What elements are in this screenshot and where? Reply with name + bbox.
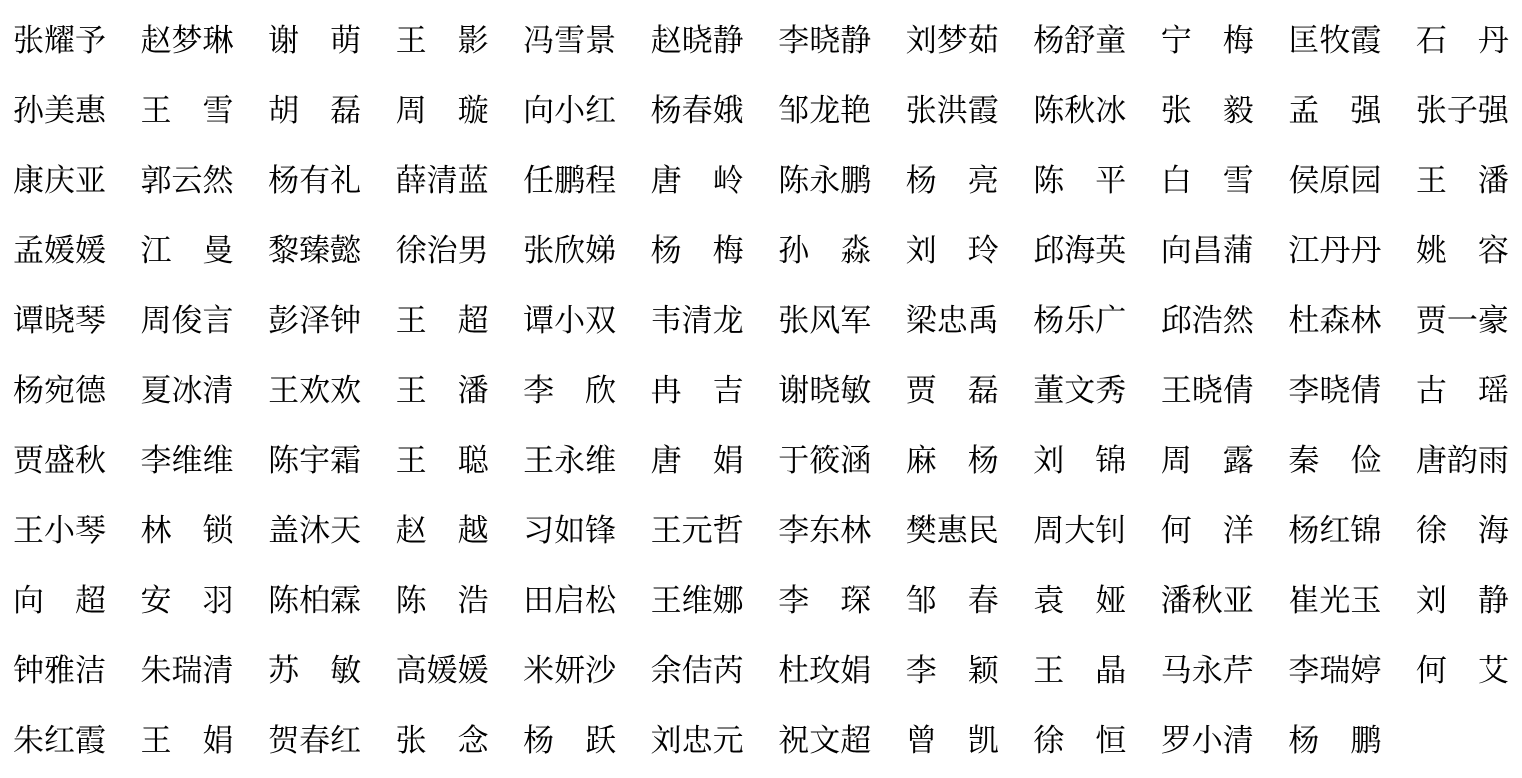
name-character: 浩 [458,575,489,620]
name-cell: 陈永鹏 [778,155,871,200]
name-character: 森 [1319,295,1350,340]
name-character: 田 [523,575,554,620]
name-character: 潘 [1478,155,1509,200]
name-character: 张 [778,295,809,340]
name-character: 泽 [299,295,330,340]
name-character: 杨 [1033,295,1064,340]
name-cell: 唐韵雨 [1416,435,1509,480]
name-character: 洋 [1223,505,1254,550]
name-character: 邱 [1033,225,1064,270]
name-character: 李 [1288,645,1319,690]
name-character: 毅 [1223,85,1254,130]
name-character: 杜 [1288,295,1319,340]
name-cell: 米妍沙 [523,645,616,690]
name-cell: 孟强 [1288,85,1381,130]
name-row: 朱红霞王娟贺春红张念杨跃刘忠元祝文超曾凯徐恒罗小清杨鹏 [0,702,1522,772]
name-character: 欢 [299,365,330,410]
name-character: 琴 [75,295,106,340]
name-character: 周 [1161,435,1192,480]
name-character: 孟 [13,225,44,270]
name-character: 李 [906,645,937,690]
name-character: 薛 [396,155,427,200]
name-cell: 张念 [396,715,489,760]
name-character: 梦 [172,15,203,60]
name-cell: 杨宛德 [13,365,106,410]
name-character: 晓 [682,15,713,60]
name-character: 秋 [75,435,106,480]
name-cell: 罗小清 [1161,715,1254,760]
name-character: 芮 [713,645,744,690]
name-character: 米 [523,645,554,690]
name-character: 崔 [1288,575,1319,620]
name-cell: 田启松 [523,575,616,620]
name-row: 杨宛德夏冰清王欢欢王潘李欣冉吉谢晓敏贾磊董文秀王晓倩李晓倩古瑶 [0,352,1522,422]
name-cell: 朱瑞清 [141,645,234,690]
name-character: 风 [809,295,840,340]
name-cell: 陈平 [1033,155,1126,200]
name-character: 锋 [585,505,616,550]
name-character: 柏 [299,575,330,620]
name-character: 淼 [840,225,871,270]
name-character: 郭 [141,155,172,200]
name-character: 杨 [651,85,682,130]
name-character: 春 [968,575,999,620]
name-cell: 任鹏程 [523,155,616,200]
name-character: 娅 [1095,575,1126,620]
name-character: 聪 [458,435,489,480]
name-character: 袁 [1033,575,1064,620]
name-character: 庆 [44,155,75,200]
name-cell: 张风军 [778,295,871,340]
name-cell: 谢晓敏 [778,365,871,410]
name-character: 军 [840,295,871,340]
name-character: 匡 [1288,15,1319,60]
name-character: 永 [1192,645,1223,690]
name-character: 鹏 [1350,715,1381,760]
name-character: 王 [141,715,172,760]
name-character: 然 [1223,295,1254,340]
name-character: 蒲 [1223,225,1254,270]
name-character: 雪 [554,15,585,60]
name-character: 娣 [585,225,616,270]
name-character: 张 [523,225,554,270]
name-cell: 王娟 [141,715,234,760]
name-cell: 曾凯 [906,715,999,760]
name-cell: 王聪 [396,435,489,480]
name-character: 梦 [937,15,968,60]
name-cell: 梁忠禹 [906,295,999,340]
name-character: 黎 [268,225,299,270]
name-character: 有 [299,155,330,200]
name-character: 超 [840,715,871,760]
name-character: 龙 [713,295,744,340]
name-character: 彭 [268,295,299,340]
name-character: 苏 [268,645,299,690]
name-cell: 杨梅 [651,225,744,270]
name-character: 牧 [1319,15,1350,60]
name-character: 杨 [523,715,554,760]
name-character: 龙 [809,85,840,130]
name-character: 治 [427,225,458,270]
name-cell: 夏冰清 [141,365,234,410]
name-cell: 陈秋冰 [1033,85,1126,130]
name-character: 冰 [172,365,203,410]
name-cell: 陈柏霖 [268,575,361,620]
name-cell: 李琛 [778,575,871,620]
name-row: 王小琴林锁盖沐天赵越习如锋王元哲李东林樊惠民周大钊何洋杨红锦徐海 [0,492,1522,562]
name-character: 樊 [906,505,937,550]
name-character: 冉 [651,365,682,410]
name-cell: 杨有礼 [268,155,361,200]
name-character: 曼 [203,225,234,270]
name-row: 向超安羽陈柏霖陈浩田启松王维娜李琛邹春袁娅潘秋亚崔光玉刘静 [0,562,1522,632]
name-row: 孟媛媛江曼黎臻懿徐治男张欣娣杨梅孙淼刘玲邱海英向昌蒲江丹丹姚容 [0,212,1522,282]
name-character: 盖 [268,505,299,550]
name-character: 娟 [840,645,871,690]
name-cell: 刘锦 [1033,435,1126,480]
name-grid: 张耀予赵梦琳谢萌王影冯雪景赵晓静李晓静刘梦茹杨舒童宁梅匡牧霞石丹孙美惠王雪胡磊周… [0,2,1522,772]
name-character: 磊 [330,85,361,130]
name-cell: 匡牧霞 [1288,15,1381,60]
name-cell: 谢萌 [268,15,361,60]
name-character: 英 [1095,225,1126,270]
name-character: 文 [809,715,840,760]
name-cell: 谭小双 [523,295,616,340]
name-character: 琴 [75,505,106,550]
name-character: 秦 [1288,435,1319,480]
name-character: 习 [523,505,554,550]
name-character: 王 [396,295,427,340]
name-character: 玲 [968,225,999,270]
name-character: 璇 [458,85,489,130]
name-character: 东 [809,505,840,550]
name-character: 羽 [203,575,234,620]
name-cell: 杨舒童 [1033,15,1126,60]
name-character: 礼 [330,155,361,200]
name-character: 杨 [968,435,999,480]
name-cell: 向昌蒲 [1161,225,1254,270]
name-character: 陈 [778,155,809,200]
name-character: 媛 [458,645,489,690]
name-character: 倩 [1350,365,1381,410]
name-character: 霞 [75,715,106,760]
name-character: 宁 [1161,15,1192,60]
name-cell: 王潘 [1416,155,1509,200]
name-character: 洁 [75,645,106,690]
name-character: 乐 [1064,295,1095,340]
name-character: 王 [396,365,427,410]
name-character: 清 [1223,715,1254,760]
name-character: 杨 [906,155,937,200]
name-character: 舒 [1064,15,1095,60]
name-character: 王 [13,505,44,550]
name-character: 强 [1350,85,1381,130]
name-character: 俊 [172,295,203,340]
name-character: 林 [1350,295,1381,340]
name-character: 刘 [906,15,937,60]
name-character: 广 [1095,295,1126,340]
name-cell: 李晓倩 [1288,365,1381,410]
name-character: 秋 [1064,85,1095,130]
name-character: 杨 [268,155,299,200]
name-character: 徐 [1416,505,1447,550]
name-character: 景 [585,15,616,60]
name-cell: 石丹 [1416,15,1509,60]
name-character: 马 [1161,645,1192,690]
name-character: 雪 [203,85,234,130]
name-cell: 潘秋亚 [1161,575,1254,620]
name-character: 鹏 [554,155,585,200]
name-character: 超 [458,295,489,340]
name-character: 唐 [1416,435,1447,480]
name-cell: 胡磊 [268,85,361,130]
name-cell: 苏敏 [268,645,361,690]
name-character: 王 [523,435,554,480]
name-character: 春 [299,715,330,760]
name-character: 哲 [713,505,744,550]
name-character: 高 [396,645,427,690]
name-character: 瑞 [172,645,203,690]
name-character: 余 [651,645,682,690]
name-character: 徐 [1033,715,1064,760]
name-character: 杨 [651,225,682,270]
name-character: 邹 [906,575,937,620]
name-character: 贾 [906,365,937,410]
name-cell: 杨乐广 [1033,295,1126,340]
name-character: 王 [1033,645,1064,690]
name-cell: 江曼 [141,225,234,270]
name-cell: 王晶 [1033,645,1126,690]
name-character: 娥 [713,85,744,130]
name-character: 红 [330,715,361,760]
name-character: 海 [1478,505,1509,550]
name-character: 媛 [44,225,75,270]
name-cell: 张耀予 [13,15,106,60]
name-cell: 孙淼 [778,225,871,270]
name-character: 孟 [1288,85,1319,130]
name-character: 张 [906,85,937,130]
name-cell: 郭云然 [141,155,234,200]
name-character: 忠 [937,295,968,340]
name-character: 静 [840,15,871,60]
name-character: 亚 [75,155,106,200]
name-character: 容 [1478,225,1509,270]
name-character: 霖 [330,575,361,620]
name-character: 杨 [1288,505,1319,550]
name-cell: 刘玲 [906,225,999,270]
name-character: 文 [1064,365,1095,410]
name-cell: 周大钊 [1033,505,1126,550]
name-character: 侯 [1288,155,1319,200]
name-character: 王 [141,85,172,130]
name-cell: 林锁 [141,505,234,550]
name-character: 杜 [778,645,809,690]
name-character: 雨 [1478,435,1509,480]
name-character: 杨 [1033,15,1064,60]
name-cell: 杨亮 [906,155,999,200]
name-cell: 王永维 [523,435,616,480]
name-character: 贾 [13,435,44,480]
name-character: 程 [585,155,616,200]
name-character: 霜 [330,435,361,480]
name-character: 晓 [1319,365,1350,410]
name-cell: 祝文超 [778,715,871,760]
name-character: 贾 [1416,295,1447,340]
name-character: 越 [458,505,489,550]
name-cell: 安羽 [141,575,234,620]
name-character: 宇 [299,435,330,480]
name-cell: 杜玫娟 [778,645,871,690]
name-cell: 王晓倩 [1161,365,1254,410]
name-character: 刘 [1416,575,1447,620]
name-cell: 盖沐天 [268,505,361,550]
name-character: 言 [203,295,234,340]
name-cell: 赵越 [396,505,489,550]
name-character: 丹 [1350,225,1381,270]
name-character: 陈 [1033,85,1064,130]
name-character: 梅 [713,225,744,270]
name-cell: 白雪 [1161,155,1254,200]
name-cell: 王雪 [141,85,234,130]
name-character: 向 [13,575,44,620]
name-character: 艳 [840,85,871,130]
name-character: 晶 [1095,645,1126,690]
name-cell: 刘静 [1416,575,1509,620]
name-cell: 杨跃 [523,715,616,760]
name-sheet: 张耀予赵梦琳谢萌王影冯雪景赵晓静李晓静刘梦茹杨舒童宁梅匡牧霞石丹孙美惠王雪胡磊周… [0,0,1522,778]
name-cell: 王小琴 [13,505,106,550]
name-cell: 唐娟 [651,435,744,480]
name-character: 刘 [906,225,937,270]
name-character: 江 [141,225,172,270]
name-character: 恒 [1095,715,1126,760]
name-character: 朱 [141,645,172,690]
name-character: 李 [523,365,554,410]
name-character: 忠 [682,715,713,760]
name-character: 李 [778,15,809,60]
name-character: 周 [396,85,427,130]
name-cell: 李瑞婷 [1288,645,1381,690]
name-character: 王 [651,575,682,620]
name-character: 清 [203,645,234,690]
name-character: 浩 [1192,295,1223,340]
name-cell: 袁娅 [1033,575,1126,620]
name-character: 张 [1161,85,1192,130]
name-character: 小 [554,85,585,130]
name-character: 沐 [299,505,330,550]
name-cell: 余佶芮 [651,645,744,690]
name-cell: 李欣 [523,365,616,410]
name-character: 王 [1161,365,1192,410]
name-cell: 姚容 [1416,225,1509,270]
name-cell: 张欣娣 [523,225,616,270]
name-character: 欢 [330,365,361,410]
name-row: 孙美惠王雪胡磊周璇向小红杨春娥邹龙艳张洪霞陈秋冰张毅孟强张子强 [0,72,1522,142]
name-character: 艾 [1478,645,1509,690]
name-cell: 张子强 [1416,85,1509,130]
name-cell: 周俊言 [141,295,234,340]
name-cell: 张毅 [1161,85,1254,130]
name-character: 韵 [1447,435,1478,480]
name-character: 茹 [968,15,999,60]
name-character: 丹 [1478,15,1509,60]
name-character: 罗 [1161,715,1192,760]
name-character: 王 [651,505,682,550]
name-cell: 向超 [13,575,106,620]
name-row: 康庆亚郭云然杨有礼薛清蓝任鹏程唐岭陈永鹏杨亮陈平白雪侯原园王潘 [0,142,1522,212]
name-character: 冰 [1095,85,1126,130]
name-character: 祝 [778,715,809,760]
name-character: 王 [268,365,299,410]
name-character: 美 [44,85,75,130]
name-cell: 钟雅洁 [13,645,106,690]
name-character: 刘 [651,715,682,760]
name-character: 胡 [268,85,299,130]
name-character: 洪 [937,85,968,130]
name-cell: 陈宇霜 [268,435,361,480]
name-character: 萌 [330,15,361,60]
name-character: 玫 [809,645,840,690]
name-character: 李 [1288,365,1319,410]
name-character: 娟 [713,435,744,480]
name-character: 晓 [1192,365,1223,410]
name-cell: 于筱涵 [778,435,871,480]
name-character: 清 [203,365,234,410]
name-character: 昌 [1192,225,1223,270]
name-cell: 王超 [396,295,489,340]
name-cell: 王欢欢 [268,365,361,410]
name-character: 园 [1350,155,1381,200]
name-character: 何 [1161,505,1192,550]
name-cell: 韦清龙 [651,295,744,340]
name-cell: 孙美惠 [13,85,106,130]
name-character: 刘 [1033,435,1064,480]
name-cell: 谭晓琴 [13,295,106,340]
name-character: 孙 [778,225,809,270]
name-character: 琛 [840,575,871,620]
name-cell: 康庆亚 [13,155,106,200]
name-character: 惠 [75,85,106,130]
name-character: 岭 [713,155,744,200]
name-character: 云 [172,155,203,200]
name-character: 静 [713,15,744,60]
name-character: 霞 [1350,15,1381,60]
name-character: 影 [458,15,489,60]
name-character: 唐 [651,435,682,480]
name-character: 永 [554,435,585,480]
name-character: 贺 [268,715,299,760]
name-cell: 宁梅 [1161,15,1254,60]
name-character: 曾 [906,715,937,760]
name-row: 张耀予赵梦琳谢萌王影冯雪景赵晓静李晓静刘梦茹杨舒童宁梅匡牧霞石丹 [0,2,1522,72]
name-character: 敏 [840,365,871,410]
name-character: 雅 [44,645,75,690]
name-character: 启 [554,575,585,620]
name-cell: 崔光玉 [1288,575,1381,620]
name-character: 何 [1416,645,1447,690]
name-character: 江 [1288,225,1319,270]
name-character: 麻 [906,435,937,480]
name-character: 光 [1319,575,1350,620]
name-character: 凯 [968,715,999,760]
name-character: 王 [1416,155,1447,200]
name-character: 向 [1161,225,1192,270]
name-character: 筱 [809,435,840,480]
name-character: 盛 [44,435,75,480]
name-character: 沙 [585,645,616,690]
name-character: 陈 [268,575,299,620]
name-character: 蓝 [458,155,489,200]
